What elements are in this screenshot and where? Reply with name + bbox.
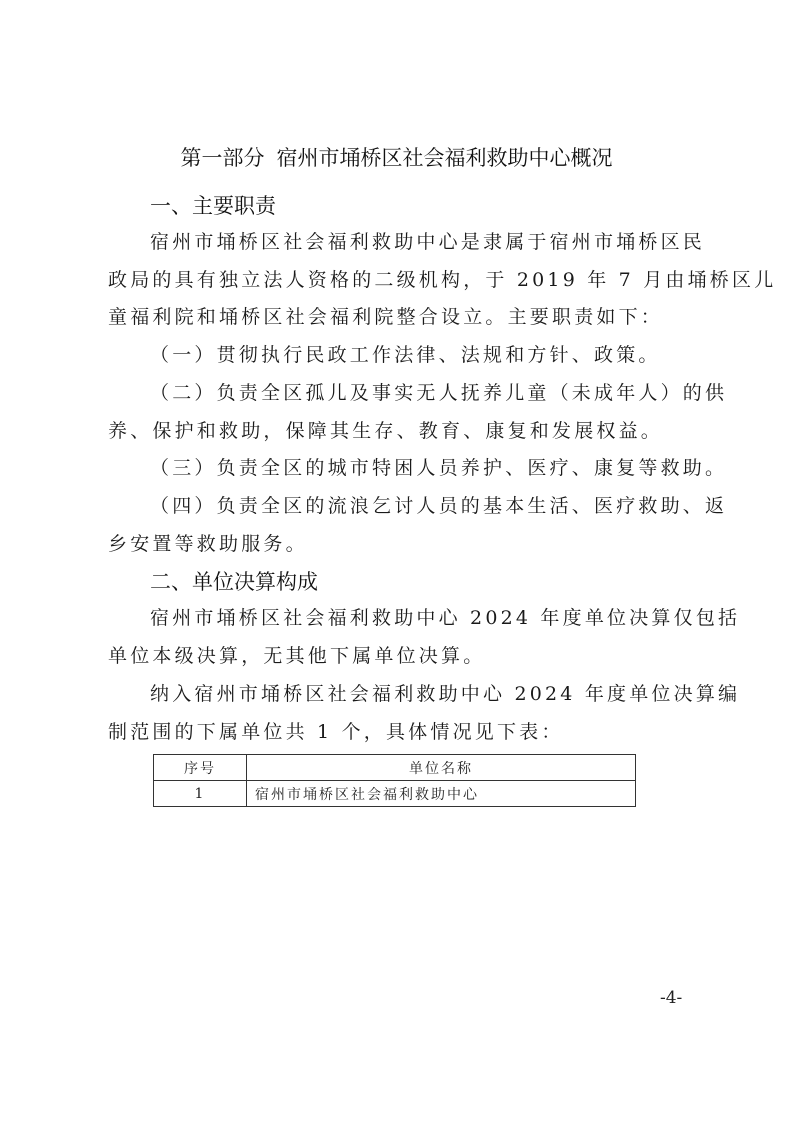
paragraph-composition-1: 宿州市埇桥区社会福利救助中心 2024 年度单位决算仅包括 单位本级决算，无其他… — [108, 600, 693, 675]
table-row: 1 宿州市埇桥区社会福利救助中心 — [154, 781, 636, 807]
paragraph-overview: 宿州市埇桥区社会福利救助中心是隶属于宿州市埇桥区民 政局的具有独立法人资格的二级… — [108, 224, 693, 337]
text-line: 制范围的下属单位共 1 个，具体情况见下表： — [66, 714, 693, 752]
text-line: 单位本级决算，无其他下属单位决算。 — [66, 638, 693, 676]
text-line: 政局的具有独立法人资格的二级机构，于 2019 年 7 月由埇桥区儿 — [66, 262, 693, 300]
paragraph-composition-2: 纳入宿州市埇桥区社会福利救助中心 2024 年度单位决算编 制范围的下属单位共 … — [108, 676, 693, 751]
text-line: （二）负责全区孤儿及事实无人抚养儿童（未成年人）的供 — [108, 375, 693, 413]
page-number: -4- — [660, 988, 682, 1008]
text-line: 宿州市埇桥区社会福利救助中心是隶属于宿州市埇桥区民 — [108, 224, 693, 262]
paragraph-duty-4: （四）负责全区的流浪乞讨人员的基本生活、医疗救助、返 乡安置等救助服务。 — [108, 488, 693, 563]
paragraph-duty-3: （三）负责全区的城市特困人员养护、医疗、康复等救助。 — [108, 450, 693, 488]
text-line: 养、保护和救助，保障其生存、教育、康复和发展权益。 — [66, 413, 693, 451]
page-title: 第一部分宿州市埇桥区社会福利救助中心概况 — [0, 144, 793, 172]
paragraph-duty-1: （一）贯彻执行民政工作法律、法规和方针、政策。 — [108, 337, 693, 375]
title-text: 宿州市埇桥区社会福利救助中心概况 — [277, 146, 613, 170]
cell-index: 1 — [154, 781, 247, 807]
document-page: 第一部分宿州市埇桥区社会福利救助中心概况 一、主要职责 宿州市埇桥区社会福利救助… — [0, 0, 793, 1122]
units-table: 序号 单位名称 1 宿州市埇桥区社会福利救助中心 — [153, 754, 636, 807]
text-line: 乡安置等救助服务。 — [66, 526, 693, 564]
column-header-unit-name: 单位名称 — [247, 755, 636, 781]
column-header-index: 序号 — [154, 755, 247, 781]
text-line: 纳入宿州市埇桥区社会福利救助中心 2024 年度单位决算编 — [108, 676, 693, 714]
text-line: （三）负责全区的城市特困人员养护、医疗、康复等救助。 — [108, 450, 693, 488]
title-part: 第一部分 — [181, 146, 265, 170]
text-line: （四）负责全区的流浪乞讨人员的基本生活、医疗救助、返 — [108, 488, 693, 526]
paragraph-duty-2: （二）负责全区孤儿及事实无人抚养儿童（未成年人）的供 养、保护和救助，保障其生存… — [108, 375, 693, 450]
text-line: （一）贯彻执行民政工作法律、法规和方针、政策。 — [108, 337, 693, 375]
cell-unit-name: 宿州市埇桥区社会福利救助中心 — [247, 781, 636, 807]
text-line: 童福利院和埇桥区社会福利院整合设立。主要职责如下： — [66, 299, 693, 337]
section-heading-duties: 一、主要职责 — [150, 192, 276, 220]
text-line: 宿州市埇桥区社会福利救助中心 2024 年度单位决算仅包括 — [108, 600, 693, 638]
table-header-row: 序号 单位名称 — [154, 755, 636, 781]
section-heading-composition: 二、单位决算构成 — [150, 568, 318, 596]
